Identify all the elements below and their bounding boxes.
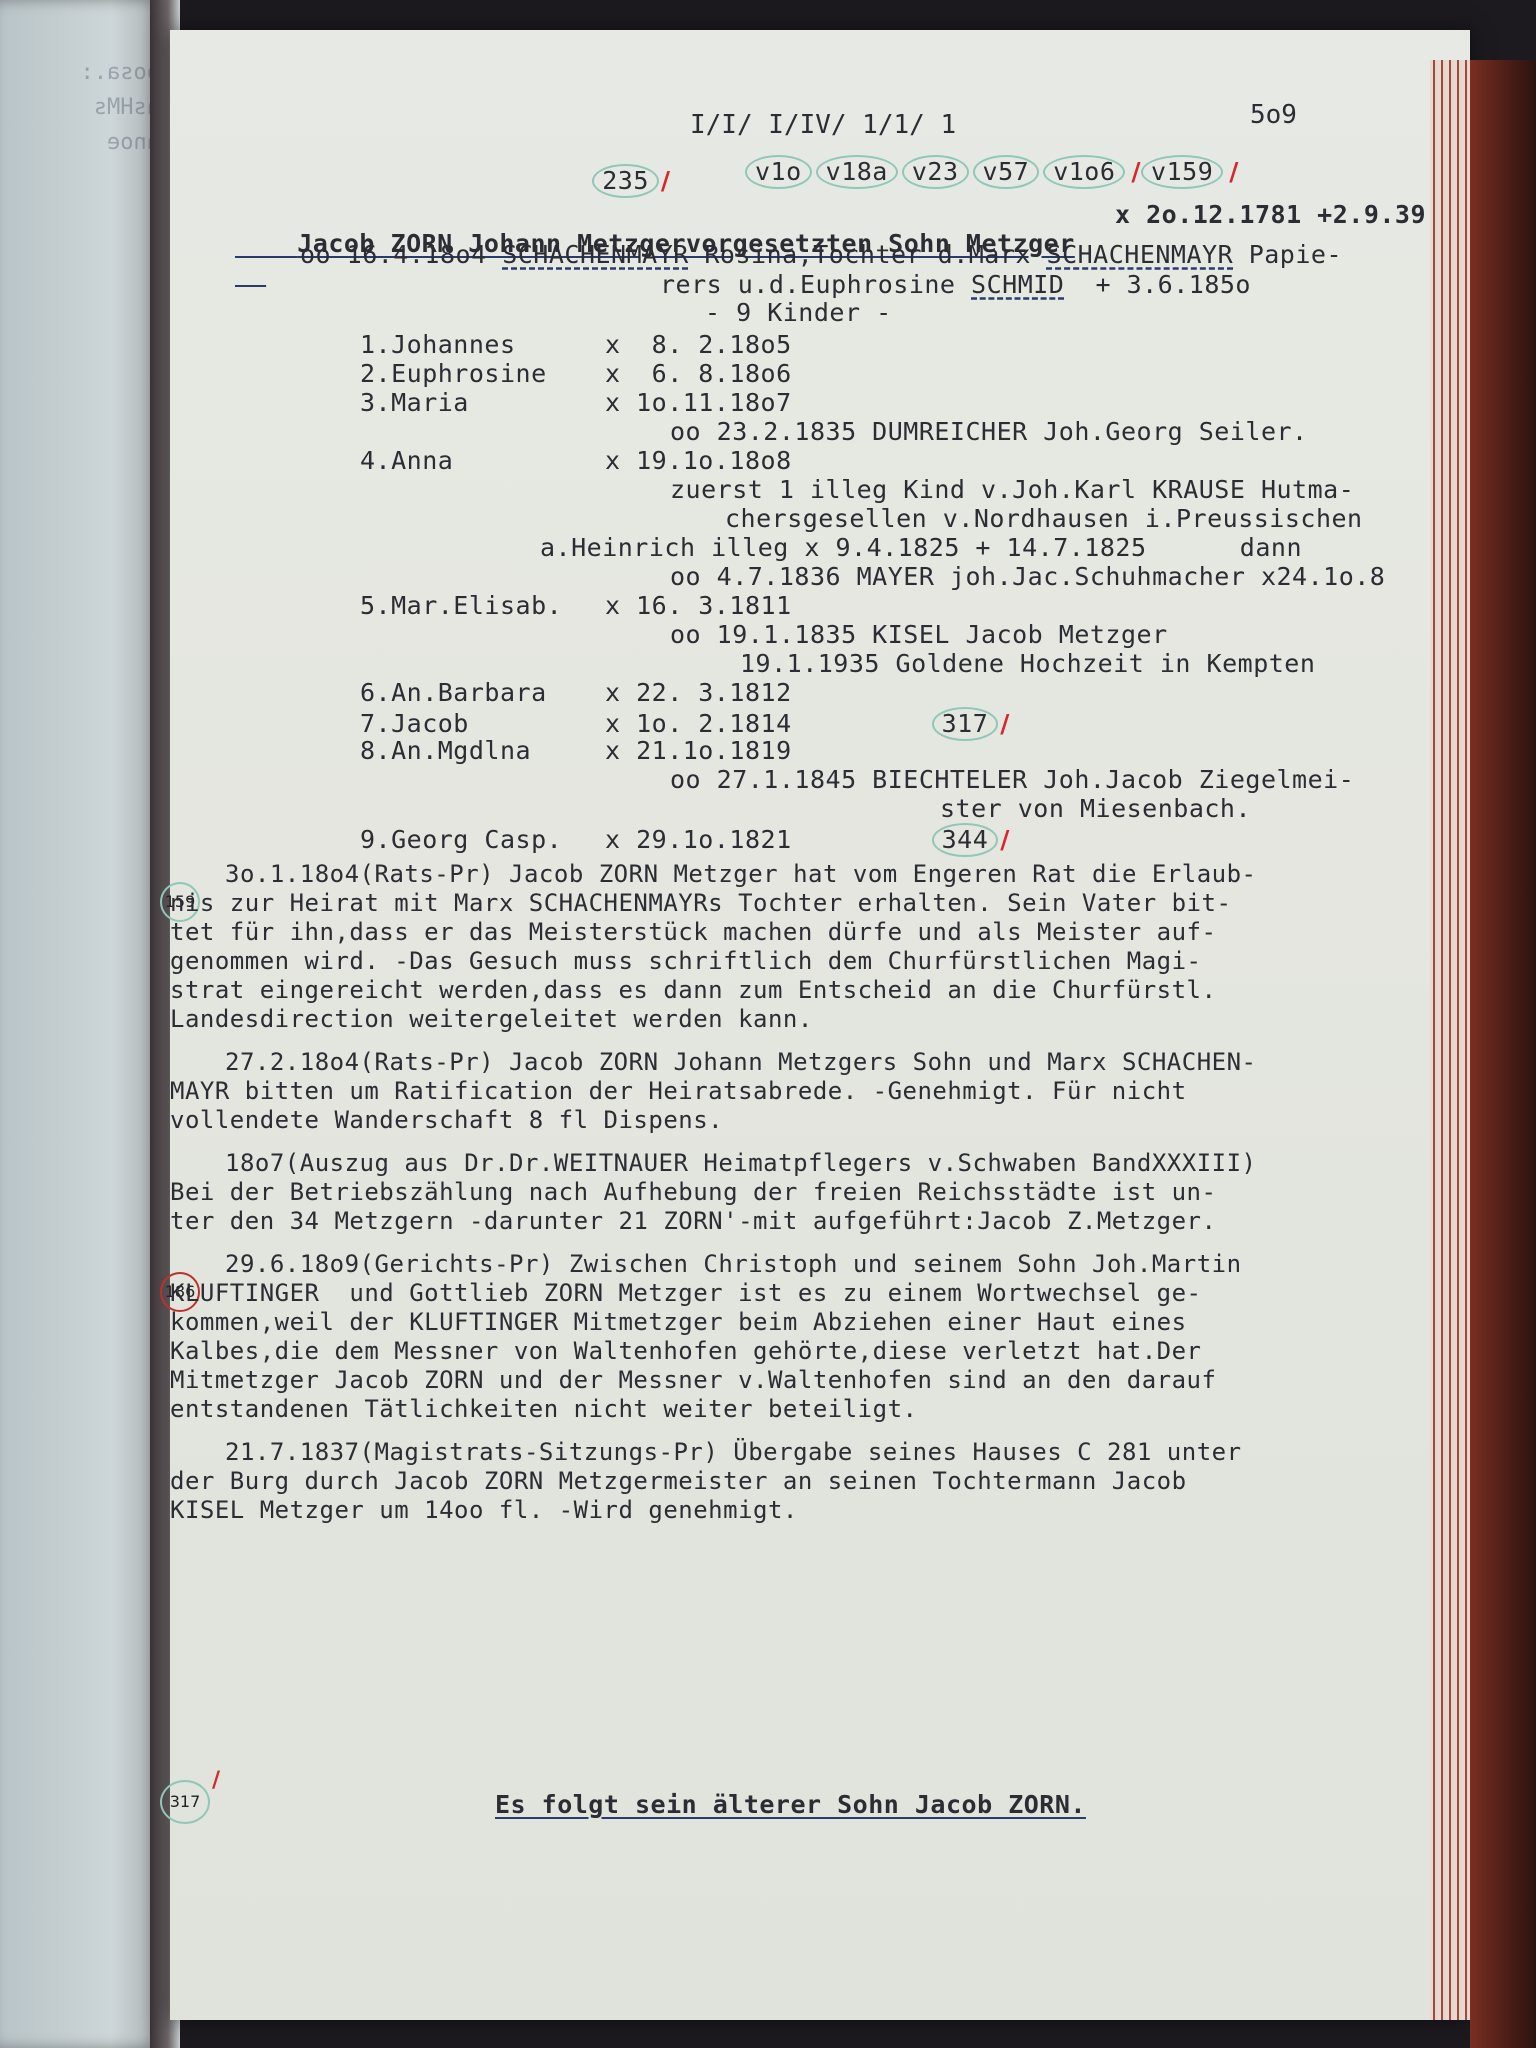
paragraph-line: MAYR bitten um Ratification der Heiratsa…: [170, 1077, 1187, 1105]
paragraph-line: nis zur Heirat mit Marx SCHACHENMAYRs To…: [170, 889, 1231, 917]
paragraph-line: 27.2.18o4(Rats-Pr) Jacob ZORN Johann Met…: [225, 1048, 1257, 1076]
child-name: 4.Anna: [360, 446, 605, 475]
margin-reference-317: 317: [160, 1780, 210, 1824]
paragraph-line: 18o7(Auszug aus Dr.Dr.WEITNAUER Heimatpf…: [225, 1149, 1257, 1177]
paragraph-line: KLUFTINGER und Gottlieb ZORN Metzger ist…: [170, 1279, 1202, 1307]
cross-reference: v1o6: [1043, 155, 1125, 189]
paragraph-line: strat eingereicht werden,dass es dann zu…: [170, 976, 1216, 1004]
child-note: ster von Miesenbach.: [940, 794, 1251, 823]
child-entry: 1.Johannesx 8. 2.18o5: [360, 330, 792, 359]
child-birth: x 16. 3.1811: [605, 591, 792, 620]
child-name: 5.Mar.Elisab.: [360, 591, 605, 620]
marriage-line-2: rers u.d.Euphrosine SCHMID + 3.6.185o: [660, 270, 1251, 299]
child-entry: 3.Mariax 1o.11.18o7: [360, 388, 792, 417]
child-reference: 344: [932, 823, 999, 857]
cross-reference: v1o: [745, 155, 812, 189]
children-heading: - 9 Kinder -: [705, 298, 892, 327]
child-name: 3.Maria: [360, 388, 605, 417]
paragraph-line: entstandenen Tätlichkeiten nicht weiter …: [170, 1395, 917, 1423]
child-note: zuerst 1 illeg Kind v.Joh.Karl KRAUSE Hu…: [670, 475, 1354, 504]
paragraph-line: 29.6.18o9(Gerichts-Pr) Zwischen Christop…: [225, 1250, 1242, 1278]
previous-page: oosa.: nsHMs anoe: [0, 0, 160, 2048]
child-birth: x 8. 2.18o5: [605, 330, 792, 359]
paragraph-line: vollendete Wanderschaft 8 fl Dispens.: [170, 1106, 723, 1134]
child-name: 7.Jacob: [360, 709, 605, 738]
bleed-through-text: oosa.:: [0, 60, 160, 85]
child-name: 2.Euphrosine: [360, 359, 605, 388]
paragraph-line: KISEL Metzger um 14oo fl. -Wird genehmig…: [170, 1496, 798, 1524]
red-check-mark: /: [1131, 157, 1141, 186]
child-birth: x 19.1o.18o8: [605, 446, 792, 475]
red-check-mark: /: [1229, 157, 1239, 186]
child-birth: x 22. 3.1812: [605, 678, 792, 707]
child-reference: 317: [932, 707, 999, 741]
child-entry: 6.An.Barbarax 22. 3.1812: [360, 678, 792, 707]
page-number: 5o9: [1250, 100, 1297, 130]
child-name: 8.An.Mgdlna: [360, 736, 605, 765]
child-note: oo 4.7.1836 MAYER joh.Jac.Schuhmacher x2…: [670, 562, 1385, 591]
paragraph-line: ter den 34 Metzgern -darunter 21 ZORN'-m…: [170, 1207, 1216, 1235]
bleed-through-text: anoe: [0, 130, 160, 155]
paragraph-line: genommen wird. -Das Gesuch muss schriftl…: [170, 947, 1202, 975]
child-entry: 9.Georg Casp.x 29.1o.1821344/: [360, 823, 1010, 857]
cross-reference-list: v1ov18av23v57v1o6/v159/: [745, 155, 1239, 189]
paragraph-line: Landesdirection weitergeleitet werden ka…: [170, 1005, 813, 1033]
person-dates: x 2o.12.1781 +2.9.39: [1115, 200, 1426, 229]
child-note: oo 23.2.1835 DUMREICHER Joh.Georg Seiler…: [670, 417, 1308, 446]
page-stack-edge: [1430, 60, 1470, 2020]
child-note: a.Heinrich illeg x 9.4.1825 + 14.7.1825 …: [540, 533, 1302, 562]
child-birth: x 6. 8.18o6: [605, 359, 792, 388]
child-entry: 4.Annax 19.1o.18o8: [360, 446, 792, 475]
document-page: I/I/ I/IV/ 1/1/ 1 5o9 235/ v1ov18av23v57…: [170, 30, 1470, 2020]
paragraph-line: kommen,weil der KLUFTINGER Mitmetzger be…: [170, 1308, 1187, 1336]
cross-reference: v23: [902, 155, 969, 189]
child-note: 19.1.1935 Goldene Hochzeit in Kempten: [740, 649, 1315, 678]
paragraph-line: Mitmetzger Jacob ZORN und der Messner v.…: [170, 1366, 1216, 1394]
child-birth: x 29.1o.1821: [605, 825, 792, 854]
child-name: 6.An.Barbara: [360, 678, 605, 707]
child-name: 9.Georg Casp.: [360, 825, 605, 854]
cross-reference: v57: [973, 155, 1040, 189]
child-entry: 5.Mar.Elisab.x 16. 3.1811: [360, 591, 792, 620]
bleed-through-text: nsHMs: [0, 95, 160, 120]
archive-code: I/I/ I/IV/ 1/1/ 1: [690, 110, 956, 140]
paragraph-line: tet für ihn,dass er das Meisterstück mac…: [170, 918, 1216, 946]
child-note: oo 27.1.1845 BIECHTELER Joh.Jacob Ziegel…: [670, 765, 1354, 794]
marriage-line-1: oo 16.4.18o4 SCHACHENMAYR Rosina,Tochter…: [300, 240, 1342, 269]
cross-reference: v159: [1141, 155, 1223, 189]
paragraph-line: Bei der Betriebszählung nach Aufhebung d…: [170, 1178, 1216, 1206]
child-birth: x 1o. 2.1814: [605, 709, 792, 738]
paragraph-line: Kalbes,die dem Messner von Waltenhofen g…: [170, 1337, 1202, 1365]
book-cover: [1470, 60, 1536, 2048]
child-name: 1.Johannes: [360, 330, 605, 359]
footer-text: Es folgt sein älterer Sohn Jacob ZORN.: [495, 1790, 1086, 1819]
child-entry: 2.Euphrosinex 6. 8.18o6: [360, 359, 792, 388]
child-birth: x 21.1o.1819: [605, 736, 792, 765]
paragraph-line: 21.7.1837(Magistrats-Sitzungs-Pr) Überga…: [225, 1438, 1242, 1466]
cross-reference: v18a: [816, 155, 898, 189]
paragraph-line: 3o.1.18o4(Rats-Pr) Jacob ZORN Metzger ha…: [225, 860, 1257, 888]
child-note: oo 19.1.1835 KISEL Jacob Metzger: [670, 620, 1168, 649]
child-note: chersgesellen v.Nordhausen i.Preussische…: [725, 504, 1363, 533]
child-entry: 8.An.Mgdlnax 21.1o.1819: [360, 736, 792, 765]
child-birth: x 1o.11.18o7: [605, 388, 792, 417]
paragraph-line: der Burg durch Jacob ZORN Metzgermeister…: [170, 1467, 1187, 1495]
